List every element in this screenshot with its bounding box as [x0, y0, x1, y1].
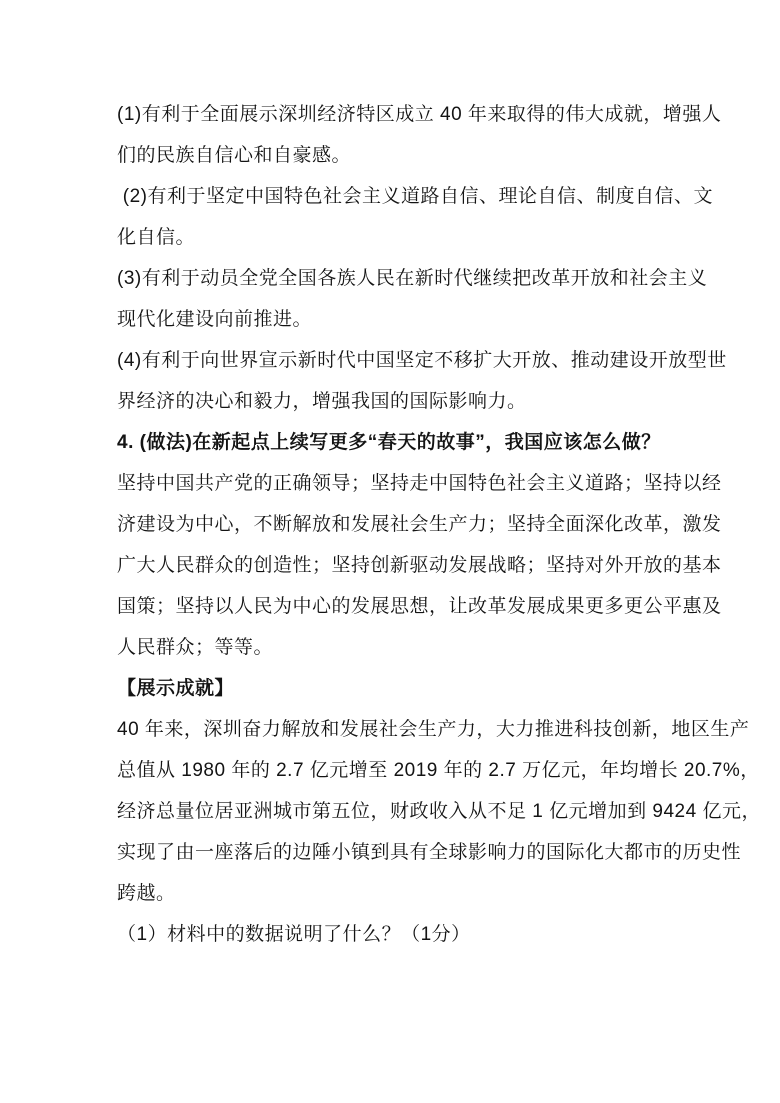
benefit-point-4-line: 界经济的决心和毅力，增强我国的国际影响力。	[117, 381, 665, 422]
material-text-line: 40 年来，深圳奋力解放和发展社会生产力，大力推进科技创新，地区生产	[117, 709, 665, 750]
question-4-heading: 4. (做法)在新起点上续写更多“春天的故事”，我国应该怎么做？	[117, 422, 665, 463]
benefit-point-2-line: (2)有利于坚定中国特色社会主义道路自信、理论自信、制度自信、文	[117, 176, 665, 217]
benefit-point-1-line: (1)有利于全面展示深圳经济特区成立 40 年来取得的伟大成就，增强人	[117, 94, 665, 135]
benefit-point-2-line: 化自信。	[117, 217, 665, 258]
material-text-line: 经济总量位居亚洲城市第五位，财政收入从不足 1 亿元增加到 9424 亿元，	[117, 791, 665, 832]
sub-question-1: （1）材料中的数据说明了什么？（1分）	[117, 914, 665, 955]
question-4-answer-line: 人民群众；等等。	[117, 627, 665, 668]
benefit-point-4-line: (4)有利于向世界宣示新时代中国坚定不移扩大开放、推动建设开放型世	[117, 340, 665, 381]
benefit-point-3-line: (3)有利于动员全党全国各族人民在新时代继续把改革开放和社会主义	[117, 258, 665, 299]
material-text-line: 实现了由一座落后的边陲小镇到具有全球影响力的国际化大都市的历史性	[117, 832, 665, 873]
benefit-point-3-line: 现代化建设向前推进。	[117, 299, 665, 340]
question-4-answer-line: 坚持中国共产党的正确领导；坚持走中国特色社会主义道路；坚持以经	[117, 463, 665, 504]
question-4-answer-line: 济建设为中心，不断解放和发展社会生产力；坚持全面深化改革，激发	[117, 504, 665, 545]
question-4-answer-line: 国策；坚持以人民为中心的发展思想，让改革发展成果更多更公平惠及	[117, 586, 665, 627]
benefit-point-1-line: 们的民族自信心和自豪感。	[117, 135, 665, 176]
material-text-line: 跨越。	[117, 873, 665, 914]
material-text-line: 总值从 1980 年的 2.7 亿元增至 2019 年的 2.7 万亿元，年均增…	[117, 750, 665, 791]
section-heading-show-achievements: 【展示成就】	[117, 668, 665, 709]
document-body: (1)有利于全面展示深圳经济特区成立 40 年来取得的伟大成就，增强人 们的民族…	[117, 94, 665, 955]
question-4-answer-line: 广大人民群众的创造性；坚持创新驱动发展战略；坚持对外开放的基本	[117, 545, 665, 586]
document-page: (1)有利于全面展示深圳经济特区成立 40 年来取得的伟大成就，增强人 们的民族…	[0, 0, 780, 1103]
